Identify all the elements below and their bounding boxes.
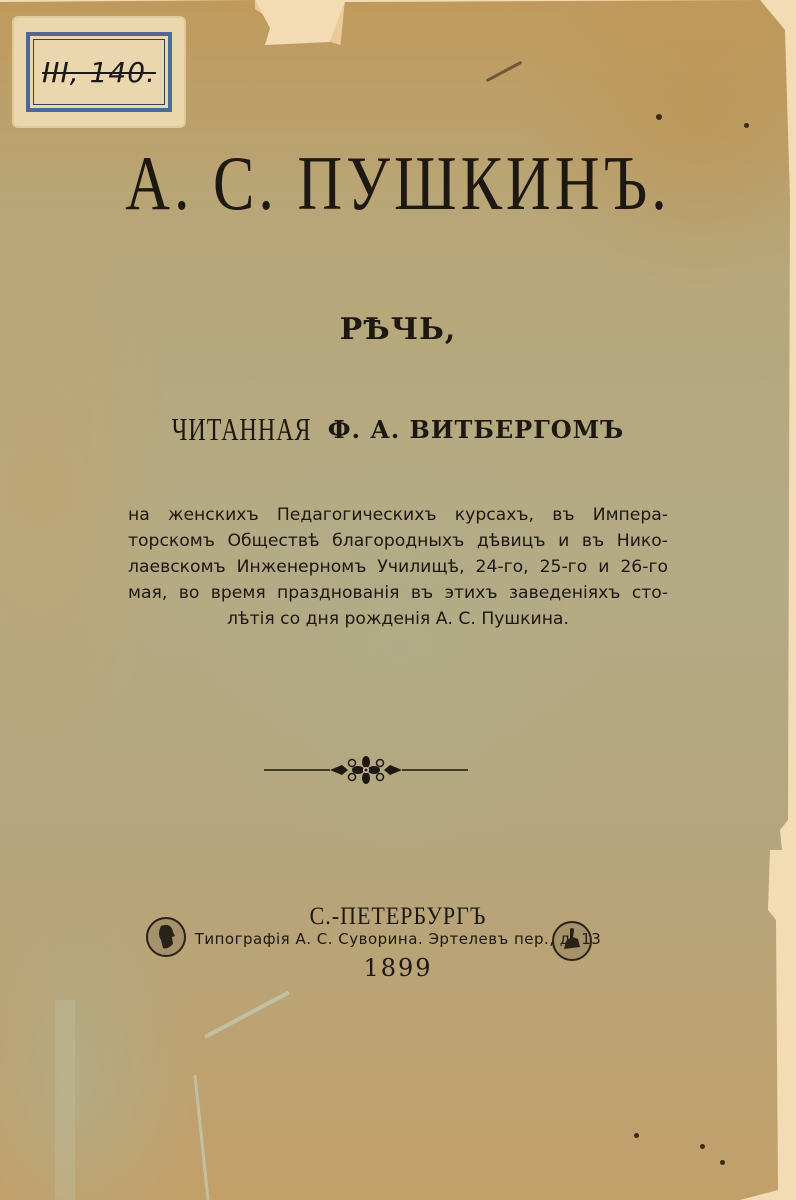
- subtitle: РѢЧЬ,: [0, 312, 796, 347]
- foxing-spot: [656, 114, 662, 120]
- foxing-spot: [700, 1144, 705, 1149]
- portrait-seal-icon: [146, 917, 186, 957]
- st-george-seal-icon: [552, 921, 592, 961]
- foxing-spot: [486, 61, 523, 82]
- author-prefix: ЧИТАННАЯ: [172, 414, 312, 449]
- description-line: лѣтія со дня рожденія А. С. Пушкина.: [128, 606, 668, 632]
- description-line: мая, во время празднованія въ этихъ заве…: [128, 580, 668, 606]
- torn-corner: [255, 0, 345, 45]
- paper-crease: [204, 991, 290, 1039]
- label-frame: III, 140.: [26, 32, 172, 112]
- description-line: на женскихъ Педагогическихъ курсахъ, въ …: [128, 502, 668, 528]
- shelf-mark: III, 140.: [42, 56, 156, 89]
- page-title: А. С. ПУШКИНЪ.: [0, 140, 796, 229]
- paper-crease: [193, 1075, 209, 1200]
- imprint-city: С.-ПЕТЕРБУРГЪ: [0, 901, 796, 931]
- imprint-year: 1899: [0, 954, 796, 982]
- library-shelf-label: III, 140.: [14, 18, 184, 126]
- paper-crease: [55, 1000, 75, 1200]
- description-paragraph: на женскихъ Педагогическихъ курсахъ, въ …: [128, 502, 668, 632]
- imprint-printer: Типографія А. С. Суворина. Эртелевъ пер.…: [0, 930, 796, 948]
- floral-ornament-icon: [262, 755, 470, 785]
- foxing-spot: [744, 123, 749, 128]
- author-name: Ф. А. ВИТБЕРГОМЪ: [328, 415, 624, 444]
- foxing-spot: [720, 1160, 725, 1165]
- foxing-spot: [634, 1133, 639, 1138]
- description-line: лаевскомъ Инженерномъ Училищѣ, 24-го, 25…: [128, 554, 668, 580]
- description-line: торскомъ Обществѣ благородныхъ дѣвицъ и …: [128, 528, 668, 554]
- author-line: ЧИТАННАЯ Ф. А. ВИТБЕРГОМЪ: [0, 415, 796, 445]
